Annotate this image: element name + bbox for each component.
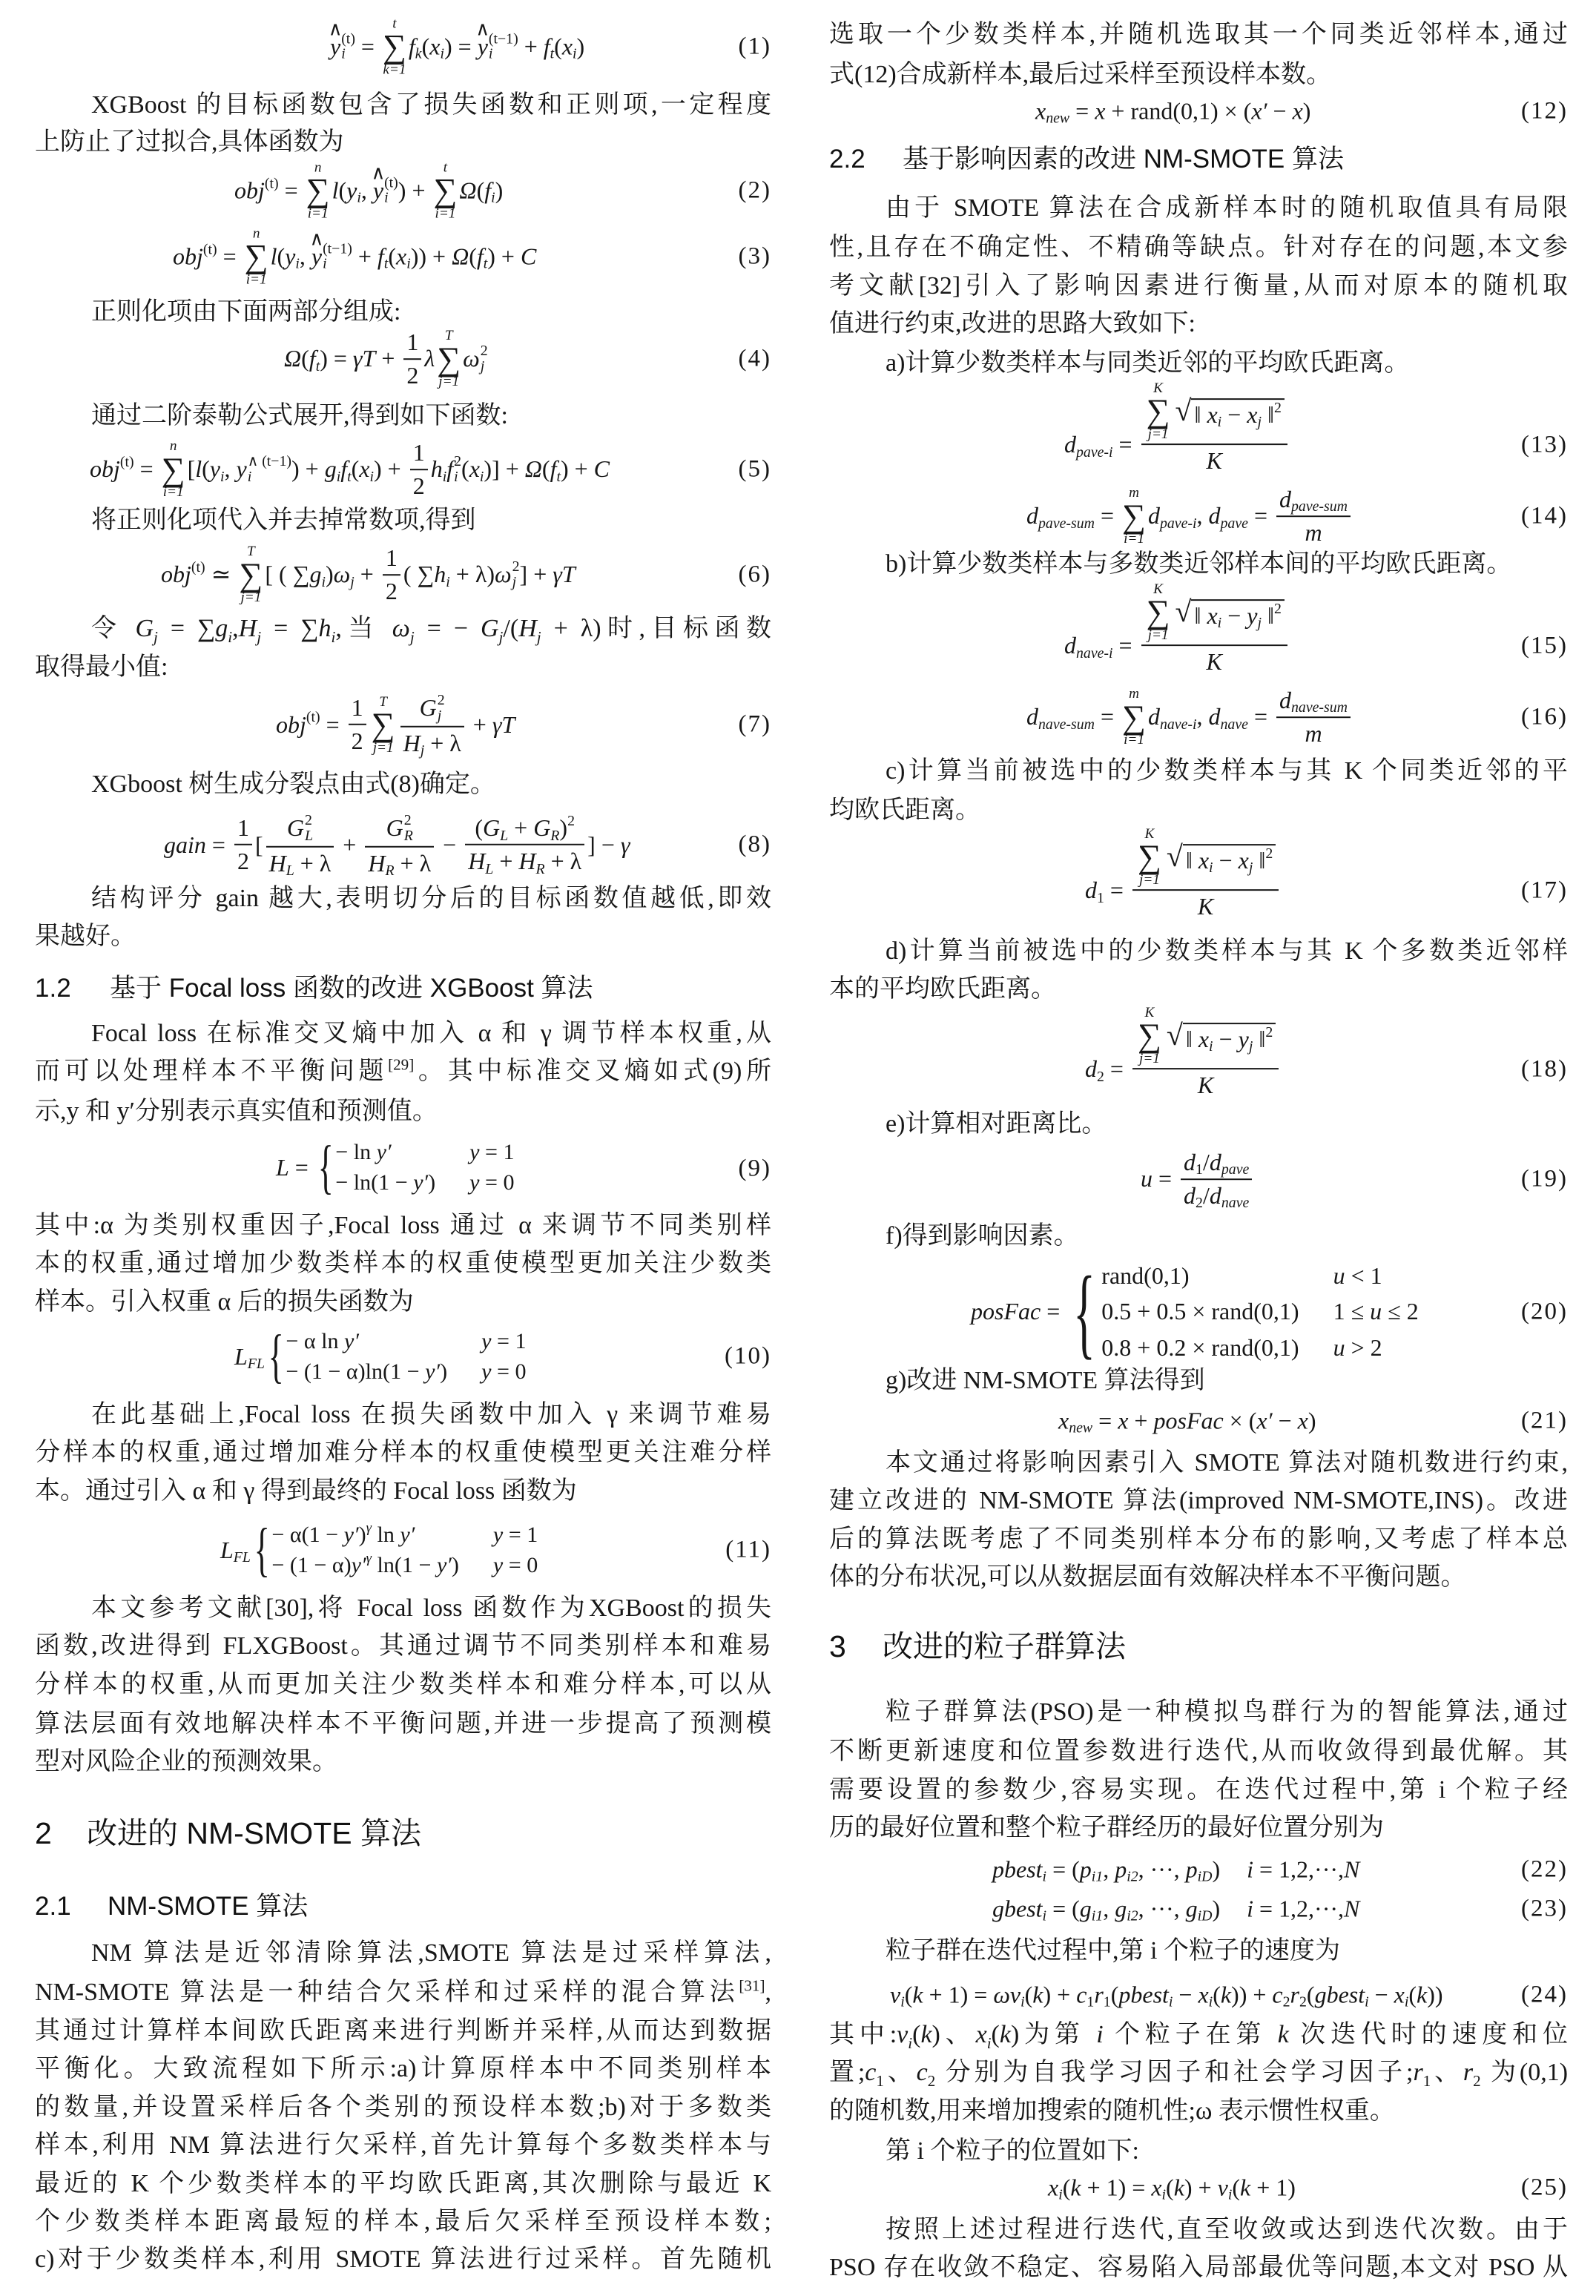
summation: t∑i=1 xyxy=(433,161,457,221)
math-subscript: i xyxy=(1058,2188,1063,2203)
math-subscript: i xyxy=(1162,2188,1167,2203)
math-variable: L xyxy=(234,1343,248,1370)
math-variable: d xyxy=(1279,486,1291,513)
math-subscript: i2 xyxy=(1127,1910,1138,1924)
text-line: 上防止了过拟合,具体函数为 xyxy=(35,123,771,162)
math-symbol: [ xyxy=(188,456,196,484)
math-symbol: 2 xyxy=(352,728,363,755)
script-stack: 2j xyxy=(438,693,445,724)
equation-10: L FL { − α ln y′ y = 1 − (1 − α)ln(1 − y… xyxy=(234,1327,527,1386)
citation-superscript: [31] xyxy=(739,1977,765,1995)
math-variable: d xyxy=(1209,503,1221,530)
math-variable: k xyxy=(1240,2174,1250,2202)
summation: n∑i=1 xyxy=(306,161,330,221)
math-variable: k xyxy=(1221,1982,1231,2009)
math-symbol: + λ xyxy=(395,849,432,877)
heading-number: 3 xyxy=(829,1626,883,1667)
sum-sign: ∑ xyxy=(437,343,461,375)
summation: K∑j=1 xyxy=(1147,381,1170,441)
math-symbol: ) xyxy=(577,33,585,61)
summation: T∑j=1 xyxy=(239,545,263,605)
inline-variable: i xyxy=(1096,2021,1103,2048)
math-subscript: nave-sum xyxy=(1038,718,1095,733)
hat-accent: ∧ xyxy=(475,19,489,39)
math-variable: p xyxy=(1186,1856,1198,1884)
math-symbol: = xyxy=(1041,1299,1066,1326)
fraction-numerator: dnave-sum xyxy=(1276,687,1351,718)
math-symbol: ( xyxy=(277,243,285,271)
math-superscript: 2 xyxy=(1274,602,1282,617)
math-variable: d xyxy=(1210,1182,1221,1210)
math-symbol: , xyxy=(1103,1896,1115,1923)
text-segment: 次迭代时的速度和位 xyxy=(1289,2021,1568,2048)
math-variable: x′ xyxy=(1256,1408,1272,1435)
math-symbol: = xyxy=(289,1154,314,1181)
inline-variable: x xyxy=(976,2021,987,2048)
math-superscript: (t−1) xyxy=(489,31,518,47)
math-variable: h xyxy=(431,456,443,484)
equation-number: (16) xyxy=(1521,705,1568,730)
text-line: PSO 存在收敛不稳定、容易陷入局部最优等问题,本文对 PSO 从 xyxy=(829,2249,1568,2287)
heading-title: 基于 Focal loss 函数的改进 XGBoost 算法 xyxy=(110,974,593,1003)
fraction-denominator: HL + HR + λ xyxy=(465,845,584,875)
left-brace: { xyxy=(254,1520,270,1580)
math-variable: ω xyxy=(463,346,480,373)
math-variable: x xyxy=(1118,1408,1128,1435)
text-line: 粒子群在迭代过程中,第 i 个粒子的速度为 xyxy=(829,1932,1568,1970)
math-symbol: = xyxy=(279,177,304,205)
math-variable: y xyxy=(285,243,295,271)
equation-20: posFac = { rand(0,1) u < 1 0.5 + 0.5 × r… xyxy=(971,1261,1419,1363)
equation-25: x i ( k + 1) = x i ( k ) + v i ( k + 1) xyxy=(1048,2174,1296,2202)
math-subscript: i xyxy=(295,257,300,272)
equation-number: (18) xyxy=(1521,1058,1568,1082)
text-line: 性,且存在不确定性、不精确等缺点。针对存在的问题,本文参 xyxy=(829,228,1568,267)
equation-11: L FL { − α(1 − y′)γ ln y′ y = 1 − (1 − α… xyxy=(220,1520,538,1580)
math-symbol: = 1 xyxy=(491,1328,526,1354)
text-line: 通过二阶泰勒公式展开,得到如下函数: xyxy=(35,397,771,435)
math-symbol: rand(0,1) xyxy=(1101,1262,1189,1290)
math-subscript: i xyxy=(337,470,341,485)
math-symbol: ≤ 2 xyxy=(1382,1299,1419,1326)
fraction: G2RHR + λ xyxy=(365,813,434,877)
text-line: 置;c1、c2 分别为自我学习因子和社会学习因子;r1、r2 为(0,1) xyxy=(829,2053,1568,2092)
text-line: 由于 SMOTE 算法在合成新样本时的随机取值具有局限 xyxy=(829,189,1568,228)
square-root: √‖ xi − yj ‖2 xyxy=(1175,595,1285,630)
text-line: 最近的 K 个少数类样本的平均欧氏距离,其次删除与最近 K xyxy=(35,2165,771,2203)
sum-lower-limit: k=1 xyxy=(383,62,406,76)
math-symbol: − xyxy=(1273,1408,1298,1435)
math-subscript: t xyxy=(550,47,555,62)
cases: { − α ln y′ y = 1 − (1 − α)ln(1 − y′) y … xyxy=(265,1327,527,1386)
case-condition: y = 1 xyxy=(469,1139,514,1165)
heading-number: 2.2 xyxy=(829,139,903,180)
sum-lower-limit: i=1 xyxy=(246,272,267,286)
equation-12: x new = x + rand(0,1) × ( x′ − x ) xyxy=(1035,98,1310,125)
math-variable: u xyxy=(1141,1166,1153,1193)
sum-sign: ∑ xyxy=(383,31,406,63)
fraction: dpave-summ xyxy=(1276,486,1351,547)
math-variable: x xyxy=(1394,1982,1405,2009)
fraction-denominator: 2 xyxy=(383,575,400,605)
math-superscript: (t) xyxy=(265,177,279,191)
math-symbol: , ···, xyxy=(1138,1856,1186,1884)
math-symbol: 1 xyxy=(406,329,418,356)
math-symbol: ] + xyxy=(520,561,553,589)
inline-variable: r xyxy=(1463,2059,1473,2086)
math-symbol: / xyxy=(1203,1182,1210,1210)
math-subscript: pave-i xyxy=(1160,517,1197,532)
math-variable: i xyxy=(1247,1856,1253,1884)
math-variable: g xyxy=(1080,1896,1092,1923)
math-symbol: + λ) xyxy=(450,561,495,589)
math-variable: G xyxy=(287,814,304,842)
fraction-denominator: HR + λ xyxy=(365,847,434,877)
text-line: 分样本的权重,从而更加关注少数类样本和难分样本,可以从 xyxy=(35,1666,771,1704)
cases: { − ln y′ y = 1 − ln(1 − y′) y = 0 xyxy=(314,1138,515,1197)
math-variable: u xyxy=(1333,1334,1345,1362)
math-symbol: ) + xyxy=(291,456,325,484)
math-variable: d xyxy=(1184,1182,1196,1210)
equation-number: (14) xyxy=(1521,504,1568,529)
left-brace: { xyxy=(1073,1261,1095,1363)
sum-sign: ∑ xyxy=(245,241,268,273)
math-subscript: i xyxy=(248,469,291,485)
math-symbol: = xyxy=(1069,98,1095,125)
sum-lower-limit: j=1 xyxy=(240,590,261,604)
math-symbol: [ ( ∑ xyxy=(265,561,309,589)
math-variable: y′ xyxy=(413,1170,428,1195)
math-subscript: L xyxy=(286,864,294,879)
math-symbol: ) = xyxy=(444,33,478,61)
fraction-numerator: K∑j=1 √‖ xi − yj ‖2 xyxy=(1132,1006,1279,1069)
math-variable: obj xyxy=(173,243,203,271)
math-symbol: 2 xyxy=(386,578,398,605)
math-symbol: − ln(1 − xyxy=(335,1170,413,1195)
math-variable: y xyxy=(346,177,357,205)
section-heading-2-1: 2.1NM-SMOTE 算法 xyxy=(35,1886,771,1927)
math-symbol: + 1) xyxy=(1250,2174,1296,2202)
math-variable: x xyxy=(562,33,573,61)
math-variable: k xyxy=(1070,2174,1081,2202)
text-segment: = ∑ xyxy=(158,615,215,642)
math-variable: L xyxy=(220,1537,234,1564)
math-subscript: i2 xyxy=(1127,1870,1138,1885)
math-subscript: k xyxy=(415,47,422,62)
fraction-numerator: 1 xyxy=(383,544,400,575)
sum-sign: ∑ xyxy=(1147,395,1170,427)
math-symbol: 2 xyxy=(237,848,249,875)
math-subscript: i1 xyxy=(1092,1910,1103,1924)
math-variable: x xyxy=(429,33,440,61)
math-subscript: nave-sum xyxy=(1291,702,1348,716)
hat-accent: ∧ xyxy=(329,19,343,39)
text-segment: 。其中标准交叉熵如式(9)所 xyxy=(414,1058,771,1085)
math-variable: γT xyxy=(353,346,375,373)
equation-number: (3) xyxy=(739,245,771,269)
math-variable: C xyxy=(594,456,610,484)
math-symbol: 0.8 + 0.2 × rand(0,1) xyxy=(1101,1334,1299,1362)
script-stack: (t−1)i xyxy=(489,31,518,62)
equation-number: (5) xyxy=(739,458,771,482)
math-subscript: i1 xyxy=(1092,1870,1103,1885)
math-subscript: t xyxy=(347,470,352,485)
math-symbol: ( xyxy=(477,177,485,205)
math-variable: y xyxy=(481,1359,491,1385)
math-subscript: 1 xyxy=(1104,1996,1111,2010)
fraction-denominator: 2 xyxy=(403,360,421,389)
math-variable: Ω xyxy=(525,456,542,484)
math-subscript: i xyxy=(220,470,225,485)
text-line: 不断更新速度和位置参数进行迭代,从而收敛得到最优解。其 xyxy=(829,1732,1568,1771)
math-symbol: + λ xyxy=(545,848,582,875)
inline-subscript: 1 xyxy=(876,2072,884,2090)
sum-lower-limit: j=1 xyxy=(1139,1052,1160,1066)
text-line: 本文通过将影响因素引入 SMOTE 算法对随机数进行约束, xyxy=(829,1444,1568,1482)
math-subscript: 2 xyxy=(1283,1996,1290,2010)
text-line: f)得到影响因素。 xyxy=(829,1217,1568,1256)
fraction: (GL + GR)2HL + HR + λ xyxy=(465,814,584,875)
text-line: 均欧氏距离。 xyxy=(829,791,1568,830)
math-variable: x xyxy=(1247,401,1257,429)
math-symbol: ) xyxy=(1212,1896,1220,1923)
math-subscript: i xyxy=(1209,1040,1213,1055)
math-symbol: 1 ≤ xyxy=(1333,1299,1371,1326)
math-variable: gain xyxy=(164,831,206,859)
heading-title: NM-SMOTE 算法 xyxy=(108,1892,308,1921)
text-line: 样本。引入权重 α 后的损失函数为 xyxy=(35,1283,771,1322)
math-variable: y′ xyxy=(437,1552,452,1578)
hat-variable: ∧y xyxy=(311,243,322,271)
math-symbol: = xyxy=(355,33,380,61)
sum-sign: ∑ xyxy=(1138,841,1161,873)
math-variable: d xyxy=(1064,633,1076,660)
math-variable: r xyxy=(1094,1982,1103,2009)
fraction-denominator: m xyxy=(1276,517,1351,547)
math-symbol: 1 xyxy=(386,544,398,572)
math-superscript: 2 xyxy=(512,559,520,575)
math-variable: c xyxy=(1272,1982,1282,2009)
case-expression: − α ln y′ xyxy=(286,1328,447,1354)
math-subscript: 2 xyxy=(1196,1196,1203,1211)
equation-24: v i ( k + 1) = ωv i ( k ) + c 1 r 1 ( pb… xyxy=(890,1982,1443,2009)
math-variable: d xyxy=(1184,1149,1196,1176)
right-column: 选取一个少数类样本,并随机选取其一个同类近邻样本,通过 式(12)合成新样本,最… xyxy=(829,0,1568,2296)
math-variable: y′ xyxy=(344,1522,359,1548)
math-symbol: ) xyxy=(326,561,334,589)
math-variable: y′ xyxy=(377,1139,392,1165)
equation-number: (2) xyxy=(739,179,771,203)
math-subscript: i xyxy=(1405,1996,1409,2010)
math-symbol: ) xyxy=(452,1552,459,1578)
text-line: 考文献[32]引入了影响因素进行衡量,从而对原本的随机取 xyxy=(829,267,1568,306)
math-variable: posFac xyxy=(1153,1408,1223,1435)
square-root: √‖ xi − yj ‖2 xyxy=(1167,1018,1276,1053)
text-line: 的随机数,用来增加搜索的随机性;ω 表示惯性权重。 xyxy=(829,2092,1568,2131)
script-stack: 2j xyxy=(481,343,488,375)
inline-variable: k xyxy=(1278,2021,1289,2048)
math-symbol: = xyxy=(206,831,231,859)
math-variable: y xyxy=(210,456,220,484)
text-line: 值进行约束,改进的思路大致如下: xyxy=(829,305,1568,343)
equation-number: (7) xyxy=(739,713,771,737)
math-variable: d xyxy=(1026,704,1038,731)
cases: { rand(0,1) u < 1 0.5 + 0.5 × rand(0,1) … xyxy=(1066,1261,1418,1363)
radical-sign: √ xyxy=(1167,842,1183,872)
sum-lower-limit: j=1 xyxy=(1139,873,1160,887)
heading-number: 2 xyxy=(35,1812,87,1854)
math-subscript: t xyxy=(316,360,320,375)
math-symbol: − (1 − α)ln(1 − xyxy=(286,1359,425,1385)
equation-23: gbest i = ( g i1 , g i2 , ···, g iD ) i … xyxy=(992,1896,1359,1923)
math-symbol: + λ xyxy=(294,849,332,877)
math-variable: k xyxy=(1032,1982,1043,2009)
math-subscript: j xyxy=(1257,416,1262,431)
equation-5: obj (t) = n∑i=1 [ l ( y i , y ∧ (t−1)i )… xyxy=(90,439,610,500)
inline-variable: k xyxy=(1000,2021,1011,2048)
math-symbol: ) xyxy=(559,814,567,842)
math-variable: pbest xyxy=(992,1856,1043,1884)
math-symbol: − xyxy=(1369,1982,1394,2009)
math-variable: x xyxy=(1095,98,1105,125)
math-variable: y xyxy=(237,456,247,484)
math-symbol: )) + xyxy=(1231,1982,1272,2009)
math-symbol: ( xyxy=(301,346,309,373)
equation-14: d pave-sum = m∑i=1 d pave-i , d pave = d… xyxy=(1026,486,1353,547)
math-symbol: , ···, xyxy=(1138,1896,1186,1923)
math-subscript: i xyxy=(454,469,461,485)
math-symbol: = xyxy=(217,243,243,271)
fraction-numerator: 1 xyxy=(403,329,421,360)
fraction-numerator: K∑j=1 √‖ xi − yj ‖2 xyxy=(1141,582,1287,646)
math-variable: Ω xyxy=(452,243,469,271)
math-symbol: = xyxy=(1153,1166,1178,1193)
math-variable: x xyxy=(1198,1982,1208,2009)
math-symbol: ( xyxy=(1166,2174,1174,2202)
inline-variable: H xyxy=(518,615,537,642)
math-subscript: i xyxy=(491,191,495,206)
fraction-numerator: (GL + GR)2 xyxy=(465,814,584,845)
text-line: 示,y 和 y′分别表示真实值和预测值。 xyxy=(35,1092,771,1131)
case-rows: rand(0,1) u < 1 0.5 + 0.5 × rand(0,1) 1 … xyxy=(1101,1262,1418,1362)
math-subscript: L xyxy=(500,829,508,844)
math-symbol: − xyxy=(437,831,462,859)
sum-sign: ∑ xyxy=(1138,1020,1161,1052)
math-symbol: )) xyxy=(1427,1982,1442,2009)
equation-number: (8) xyxy=(739,833,771,857)
math-variable: u xyxy=(1370,1299,1382,1326)
sum-lower-limit: i=1 xyxy=(308,206,329,220)
math-symbol: ( xyxy=(461,456,469,484)
inline-variable: g xyxy=(215,615,228,642)
math-variable: m xyxy=(1305,519,1322,547)
case-expression: 0.8 + 0.2 × rand(0,1) xyxy=(1101,1334,1299,1362)
math-subscript: i xyxy=(1043,1870,1047,1885)
math-subscript: i xyxy=(323,257,352,272)
cases: { − α(1 − y′)γ ln y′ y = 1 − (1 − α)y′γ … xyxy=(251,1520,538,1580)
math-symbol: ( xyxy=(1408,1982,1417,2009)
inline-variable: h xyxy=(318,615,331,642)
sum-lower-limit: i=1 xyxy=(435,206,456,220)
sum-lower-limit: j=1 xyxy=(1148,427,1169,441)
math-subscript: R xyxy=(404,828,413,844)
summation: n∑i=1 xyxy=(245,227,268,287)
left-brace: { xyxy=(317,1138,333,1197)
square-root: √‖ xi − xj ‖2 xyxy=(1175,394,1285,429)
math-variable: d xyxy=(1148,704,1160,731)
math-subscript: i xyxy=(406,257,411,272)
sum-sign: ∑ xyxy=(1147,596,1170,628)
summation: K∑j=1 xyxy=(1138,1006,1161,1066)
math-subscript: i xyxy=(480,470,484,485)
text-line: e)计算相对距离比。 xyxy=(829,1105,1568,1144)
inline-subscript: 2 xyxy=(928,2072,936,2090)
fraction-numerator: dpave-sum xyxy=(1276,486,1351,517)
inline-subscript: 2 xyxy=(1473,2072,1481,2090)
text-segment: )、 xyxy=(932,2021,976,2048)
sum-sign: ∑ xyxy=(372,709,395,741)
math-symbol: = 0 xyxy=(480,1170,515,1195)
text-line: 分样本的权重,通过增加难分样本的权重使模型更关注难分样 xyxy=(35,1434,771,1472)
text-line: 取得最小值: xyxy=(35,648,771,687)
math-symbol: = xyxy=(1095,704,1120,731)
text-segment: 置; xyxy=(829,2059,865,2086)
math-subscript: i xyxy=(341,47,355,62)
math-symbol: − xyxy=(1213,1026,1239,1053)
math-variable: x xyxy=(469,456,480,484)
math-variable: d xyxy=(1279,687,1291,714)
hat-variable: ∧y xyxy=(478,33,488,61)
script-stack: (t−1)i xyxy=(323,241,352,272)
math-variable: g xyxy=(1115,1896,1127,1923)
math-symbol: − α ln xyxy=(286,1328,344,1354)
case-condition: y = 0 xyxy=(493,1552,538,1578)
text-segment: + λ)时,目标函数 xyxy=(541,615,771,642)
math-variable: L xyxy=(276,1154,289,1181)
math-subscript: i xyxy=(369,470,374,485)
math-variable: y′ xyxy=(425,1359,440,1385)
text-segment: 令 xyxy=(91,615,135,642)
equation-number: (25) xyxy=(1521,2176,1568,2200)
math-symbol: )) + xyxy=(411,243,452,271)
math-symbol: ( xyxy=(905,1982,913,2009)
math-superscript: (t) xyxy=(384,175,398,191)
sum-lower-limit: i=1 xyxy=(1124,733,1144,747)
text-segment: 而可以处理样本不平衡问题 xyxy=(35,1058,388,1085)
fraction: dnave-summ xyxy=(1276,687,1351,748)
text-line: 样本,利用 NM 算法进行欠采样,首先计算每个多数类样本与 xyxy=(35,2126,771,2165)
math-variable: f xyxy=(340,456,347,484)
math-superscript: 2 xyxy=(454,454,461,469)
math-superscript: 2 xyxy=(567,814,575,829)
text-line: 其中:α 为类别权重因子,Focal loss 通过 α 来调节不同类别样 xyxy=(35,1207,771,1245)
math-symbol: ) xyxy=(495,177,504,205)
math-variable: x xyxy=(1058,1408,1069,1435)
math-variable: g xyxy=(325,456,337,484)
case-expression: − (1 − α)y′γ ln(1 − y′) xyxy=(271,1552,459,1578)
math-subscript: FL xyxy=(248,1357,265,1372)
fraction-numerator: K∑j=1 √‖ xi − xj ‖2 xyxy=(1132,827,1279,891)
text-line: 个少数类样本距离最短的样本,最后欠采样至预设样本数; xyxy=(35,2203,771,2241)
sum-sign: ∑ xyxy=(1122,702,1146,733)
equation-number: (20) xyxy=(1521,1300,1568,1325)
text-line: XGBoost 的目标函数包含了损失函数和正则项,一定程度 xyxy=(35,86,771,125)
text-segment: , xyxy=(232,615,239,642)
inline-variable: k xyxy=(920,2021,931,2048)
text-line: 历的最好位置和整个粒子群经历的最好位置分别为 xyxy=(829,1809,1568,1847)
math-variable: d xyxy=(1148,503,1160,530)
text-line: 其通过计算样本间欧氏距离来进行判断并采样,从而达到数据 xyxy=(35,2012,771,2051)
